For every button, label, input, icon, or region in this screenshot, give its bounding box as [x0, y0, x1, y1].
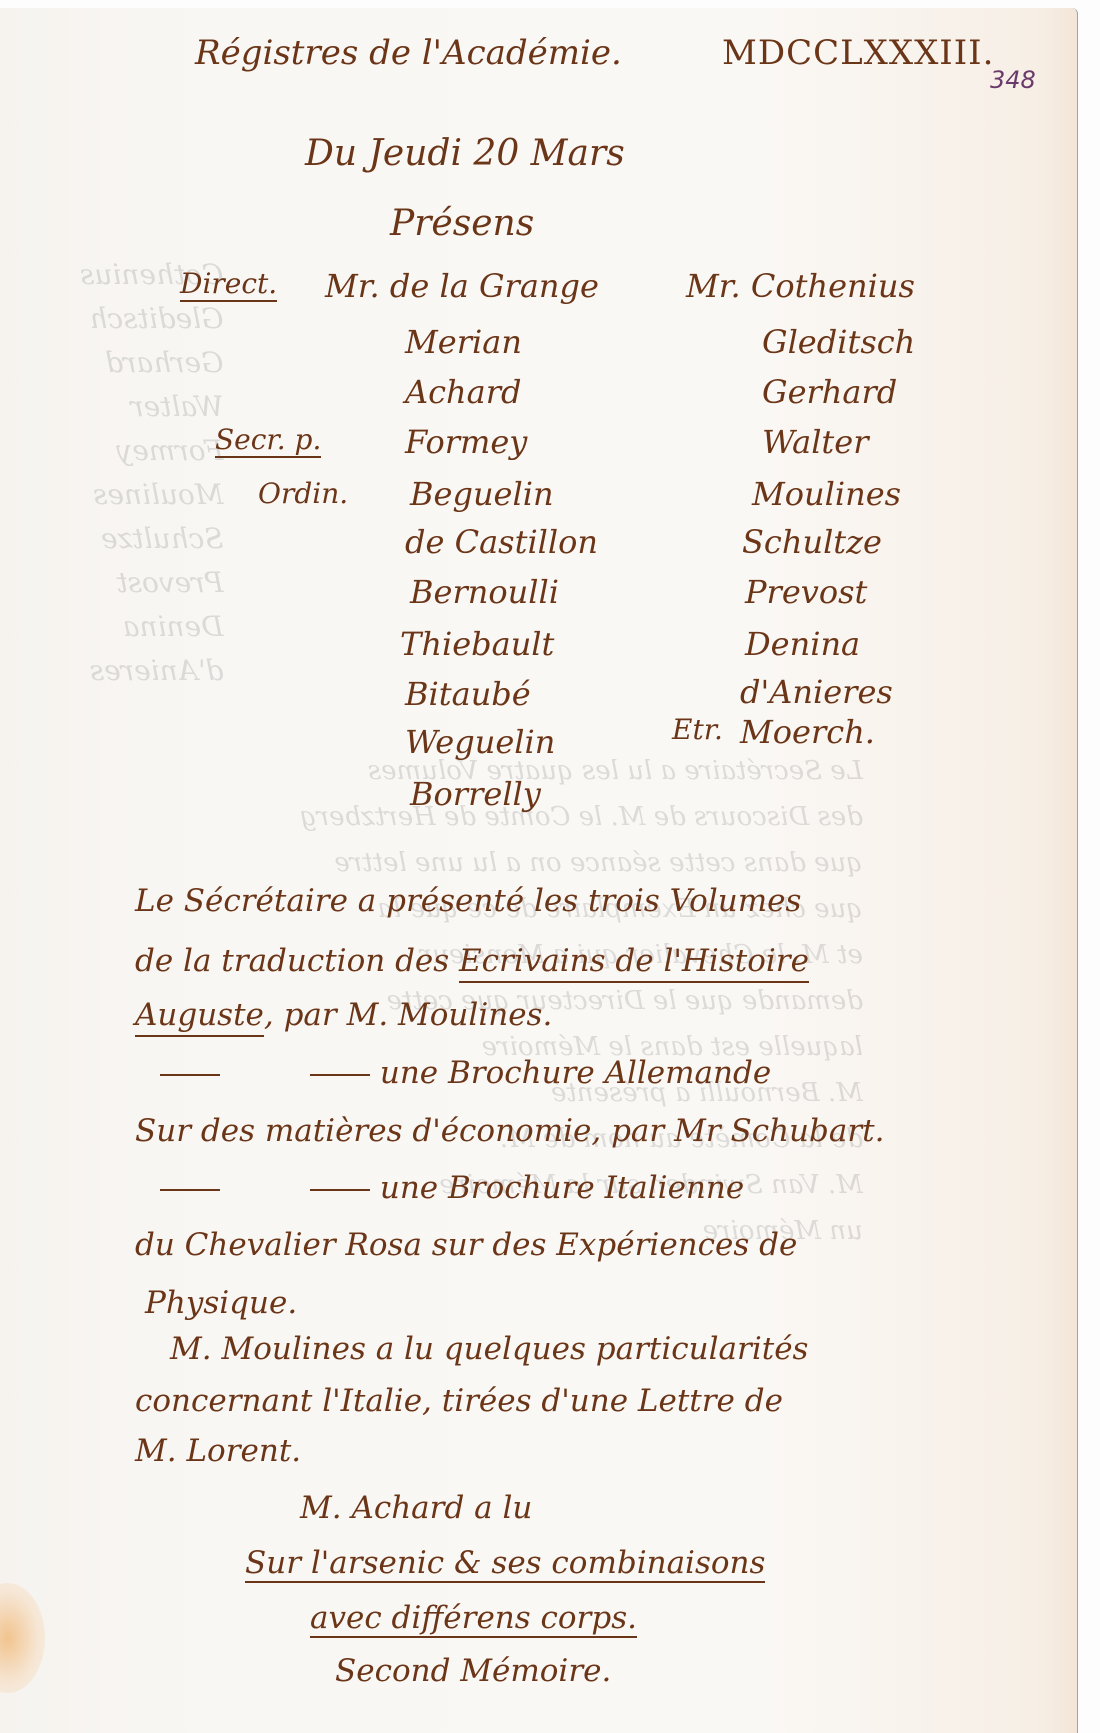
minutes-line: concernant l'Italie, tirées d'une Lettre…	[135, 1386, 783, 1417]
manuscript-page: CotheniusGleditschGerhardWalterFormeyMou…	[0, 8, 1078, 1733]
minutes-text: de la traduction des	[135, 943, 459, 979]
member-name: Beguelin	[410, 478, 554, 510]
member-name: Achard	[405, 376, 522, 408]
member-name: Gerhard	[762, 376, 897, 408]
member-name: Bitaubé	[405, 678, 531, 710]
register-title: Régistres de l'Académie.	[195, 36, 622, 70]
book-title-underlined: Auguste	[135, 997, 264, 1037]
minutes-line: M. Moulines a lu quelques particularités	[170, 1334, 808, 1365]
minutes-line: Le Sécrétaire a présenté les trois Volum…	[135, 886, 801, 917]
ditto-dash	[160, 1074, 220, 1076]
member-name: Gleditsch	[762, 326, 915, 358]
minutes-text: une Brochure Italienne	[380, 1170, 744, 1206]
member-name: Borrelly	[410, 778, 541, 810]
member-name: de Castillon	[405, 526, 598, 558]
memoir-title-underlined: avec différens corps.	[310, 1603, 637, 1638]
member-name: Mr. Cothenius	[686, 270, 915, 302]
minutes-line: une Brochure Italienne	[160, 1173, 744, 1204]
minutes-line: une Brochure Allemande	[160, 1058, 771, 1089]
folio-number: 348	[990, 66, 1036, 94]
label-ordinary: Ordin.	[258, 480, 348, 508]
member-name: Schultze	[742, 526, 882, 558]
minutes-line: M. Achard a lu	[300, 1493, 532, 1524]
member-name: Bernoulli	[410, 576, 559, 608]
minutes-line: M. Lorent.	[135, 1436, 301, 1467]
member-name: Weguelin	[405, 726, 555, 758]
year-roman-numeral: MDCCLXXXIII.	[722, 36, 994, 70]
minutes-text: une Brochure Allemande	[380, 1055, 771, 1091]
ditto-dash	[160, 1189, 220, 1191]
member-name: Thiebault	[400, 628, 554, 660]
minutes-line: du Chevalier Rosa sur des Expériences de	[135, 1230, 797, 1261]
member-name: Moulines	[752, 478, 901, 510]
label-foreign: Etr.	[672, 716, 723, 744]
ditto-dash	[310, 1189, 370, 1191]
label-director: Direct.	[180, 270, 277, 302]
book-title-underlined: Ecrivains de l'Histoire	[459, 943, 809, 983]
presens-heading: Présens	[390, 206, 534, 242]
member-name: Mr. de la Grange	[325, 270, 599, 302]
minutes-line: Physique.	[145, 1288, 297, 1319]
bleed-through-text: CotheniusGleditschGerhardWalterFormeyMou…	[80, 253, 224, 693]
member-name: Walter	[762, 426, 869, 458]
member-name: Denina	[745, 628, 860, 660]
minutes-line: de la traduction des Ecrivains de l'Hist…	[135, 946, 809, 977]
session-date: Du Jeudi 20 Mars	[305, 136, 625, 172]
minutes-line: Auguste, par M. Moulines.	[135, 1000, 552, 1031]
ditto-dash	[310, 1074, 370, 1076]
member-name: Merian	[405, 326, 522, 358]
memoir-subtitle: Second Mémoire.	[335, 1656, 611, 1687]
member-name: d'Anieres	[740, 676, 893, 708]
minutes-line: Sur des matières d'économie, par Mr Schu…	[135, 1116, 884, 1147]
member-name: Moerch.	[740, 716, 875, 748]
member-name: Prevost	[745, 576, 867, 608]
label-secretary: Secr. p.	[215, 426, 321, 458]
member-name: Formey	[405, 426, 527, 458]
minutes-text: , par M. Moulines.	[264, 997, 552, 1033]
memoir-title-underlined: Sur l'arsenic & ses combinaisons	[245, 1548, 765, 1583]
